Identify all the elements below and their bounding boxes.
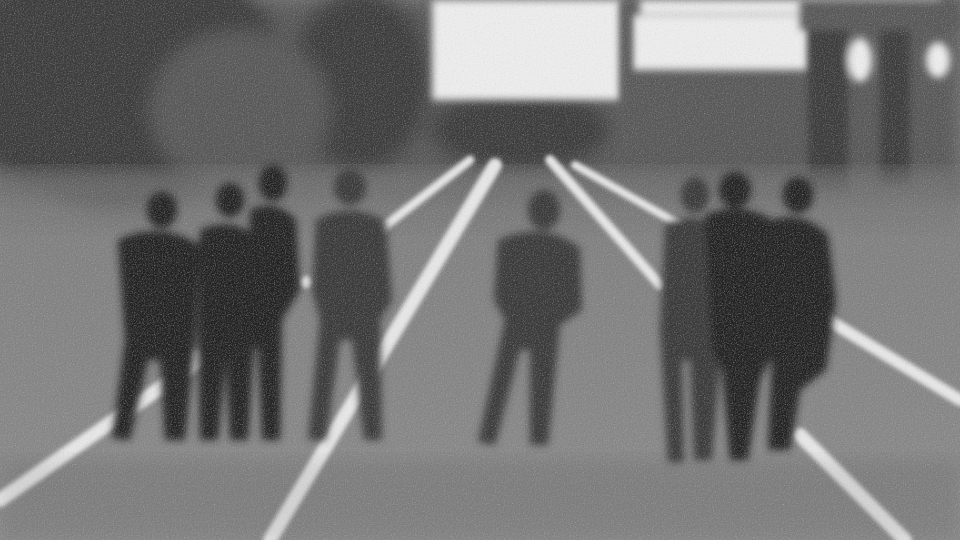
scene-layers: [0, 0, 960, 540]
photograph: Grainy black-and-white photograph of eig…: [0, 0, 960, 540]
scene: [0, 0, 960, 540]
foreground-grass: [0, 460, 960, 540]
